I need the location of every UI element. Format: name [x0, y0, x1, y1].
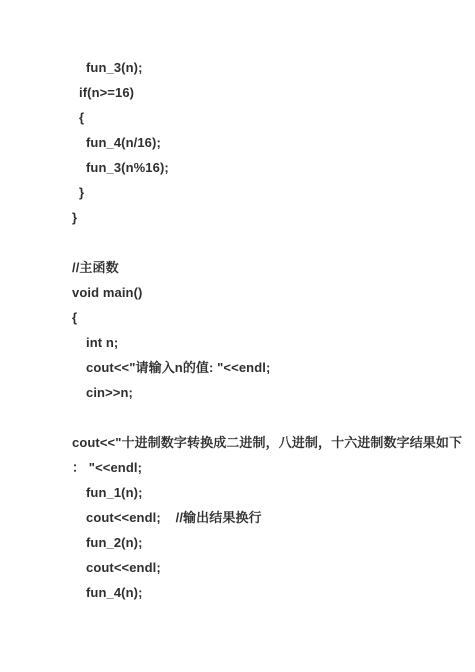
code-line: }	[72, 180, 457, 205]
code-line: }	[72, 205, 457, 230]
code-line	[72, 230, 457, 255]
code-line: ： "<<endl;	[72, 455, 457, 480]
code-line: //主函数	[72, 255, 457, 280]
code-line: fun_3(n);	[72, 55, 457, 80]
code-line: fun_2(n);	[72, 530, 457, 555]
code-line: fun_4(n);	[72, 580, 457, 605]
code-line: cin>>n;	[72, 380, 457, 405]
code-line: {	[72, 305, 457, 330]
code-line: if(n>=16)	[72, 80, 457, 105]
code-line: cout<<endl; //输出结果换行	[72, 505, 457, 530]
document-page: fun_3(n);if(n>=16){fun_4(n/16);fun_3(n%1…	[0, 0, 475, 672]
code-line: {	[72, 105, 457, 130]
code-line: cout<<"十进制数字转换成二进制，八进制，十六进制数字结果如下	[72, 430, 457, 455]
code-line: void main()	[72, 280, 457, 305]
code-line: fun_1(n);	[72, 480, 457, 505]
code-line: fun_4(n/16);	[72, 130, 457, 155]
code-line	[72, 405, 457, 430]
code-line: cout<<"请输入n的值: "<<endl;	[72, 355, 457, 380]
code-line: fun_3(n%16);	[72, 155, 457, 180]
code-line: cout<<endl;	[72, 555, 457, 580]
code-line: int n;	[72, 330, 457, 355]
code-block: fun_3(n);if(n>=16){fun_4(n/16);fun_3(n%1…	[72, 55, 457, 605]
